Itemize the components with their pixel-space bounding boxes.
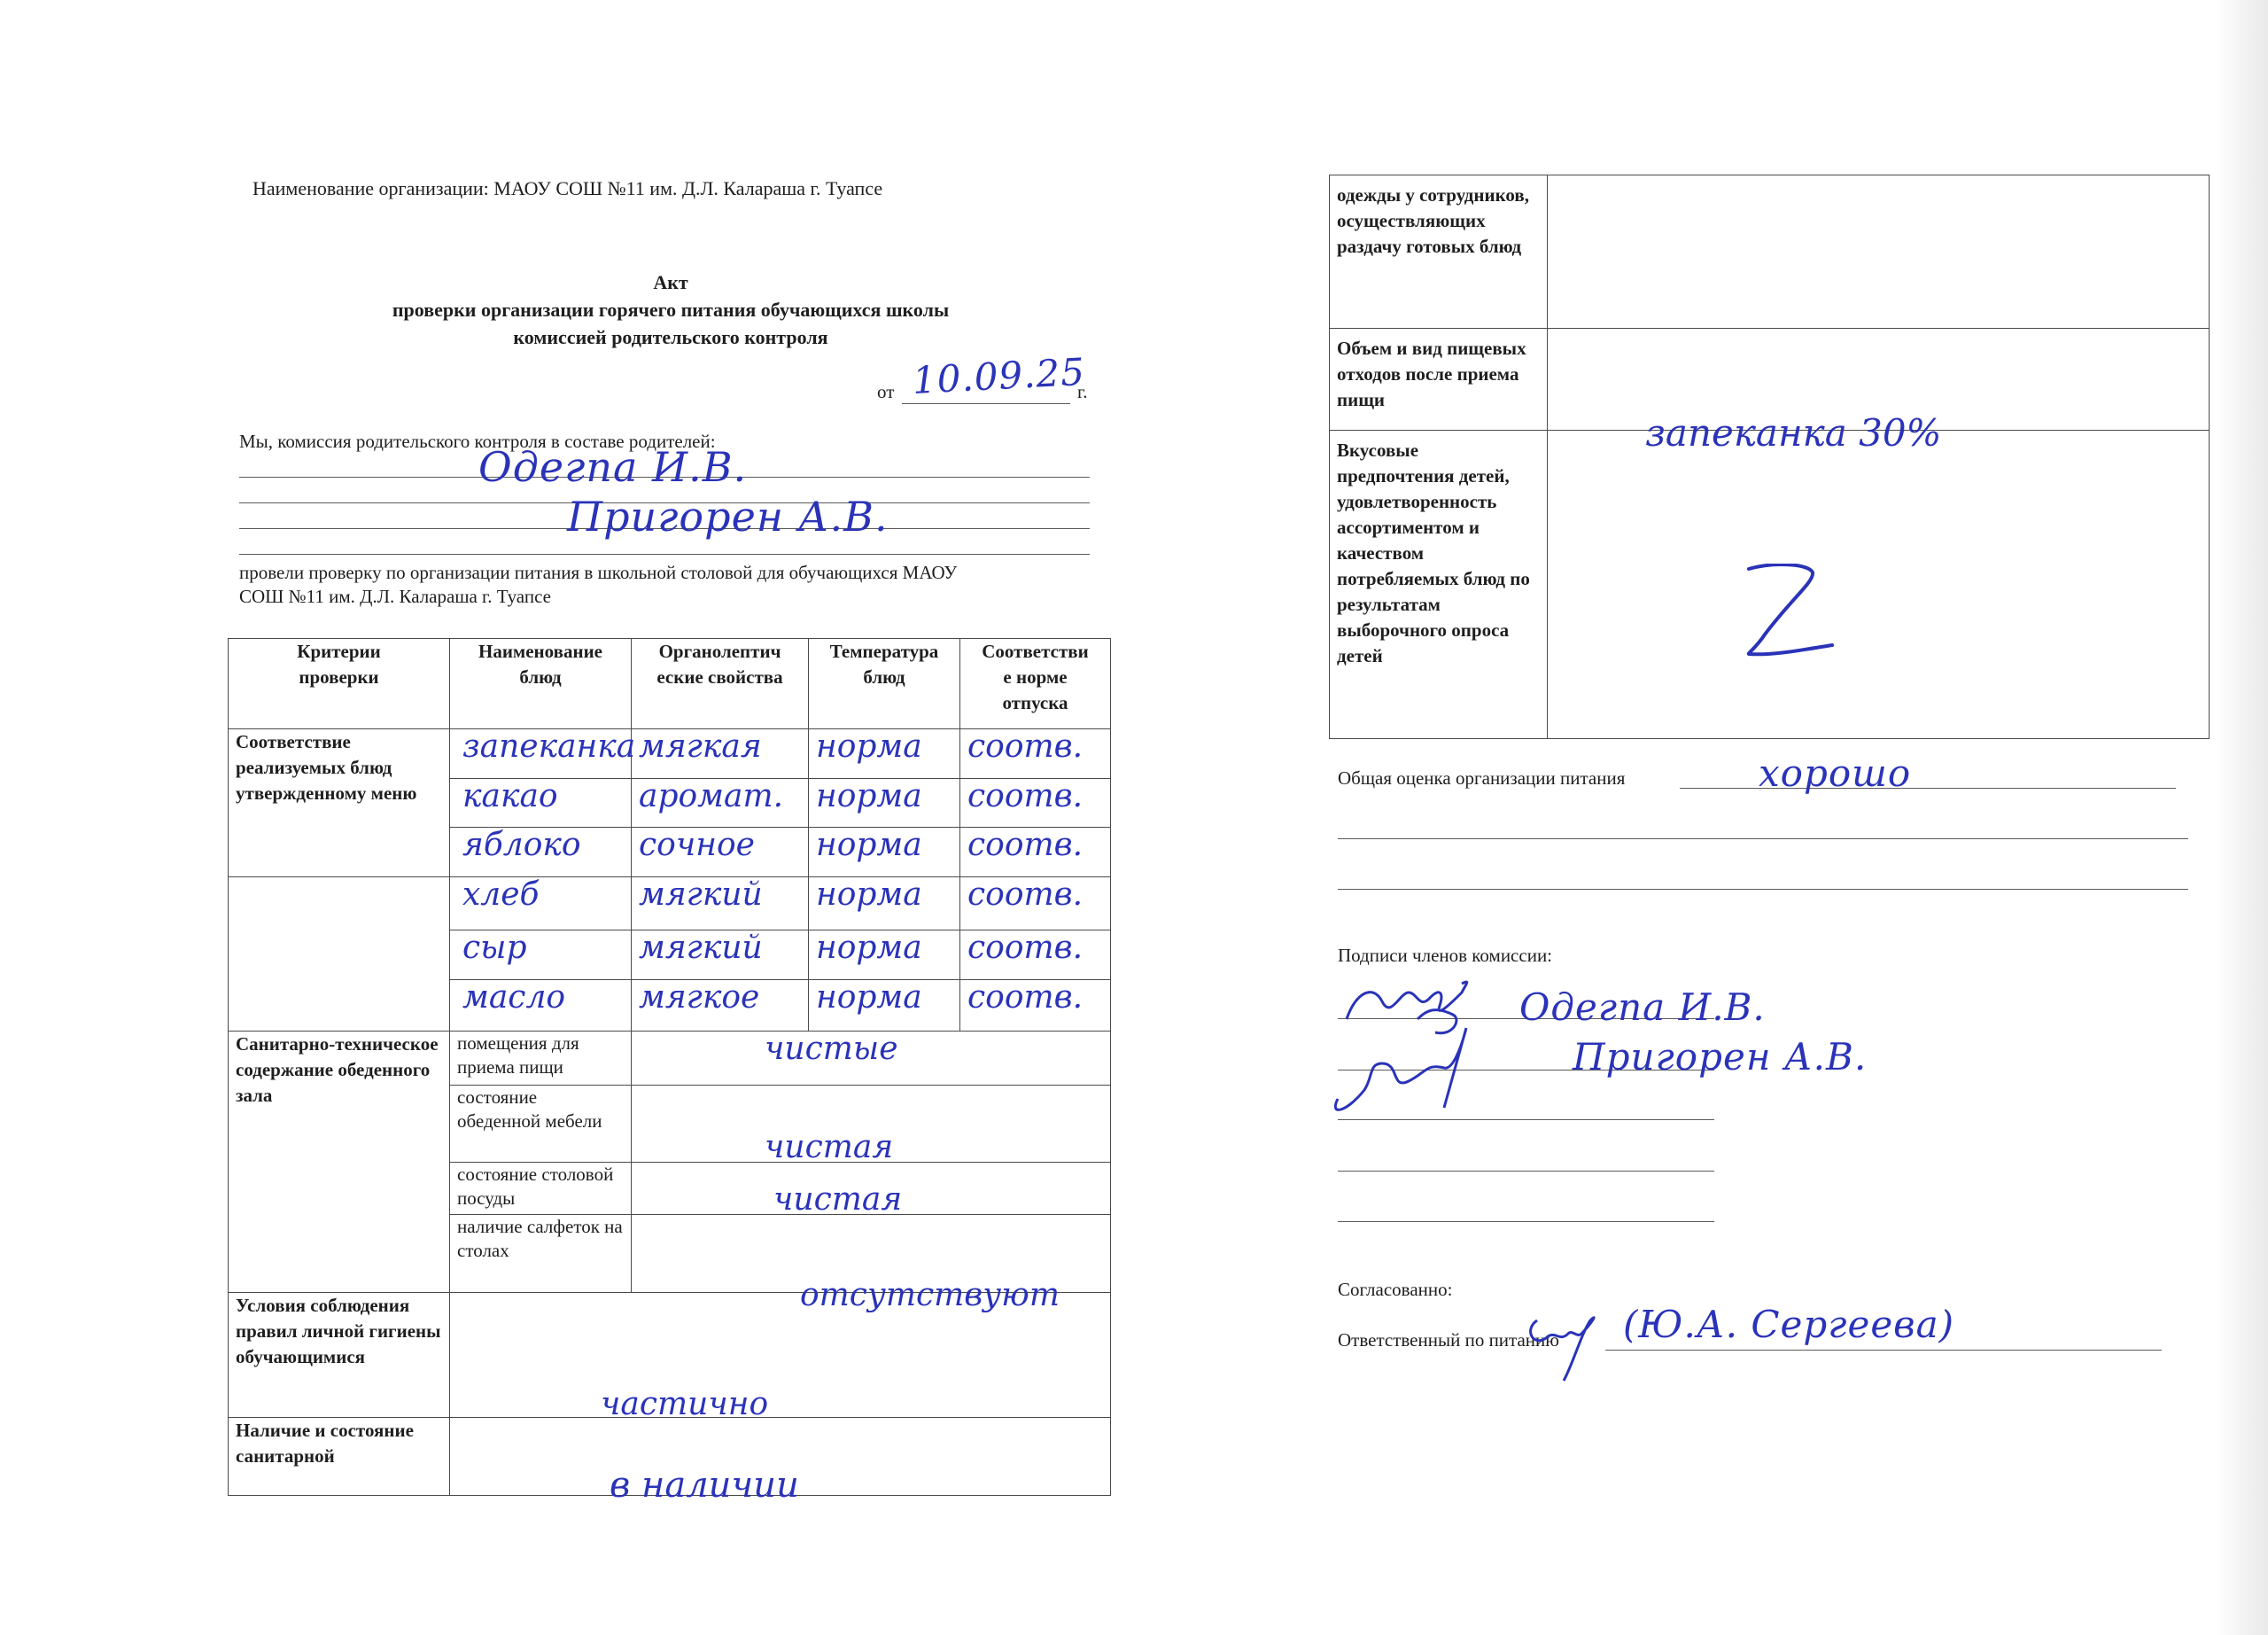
sanitary-item-label: наличие салфеток на столах: [450, 1215, 632, 1293]
menu-cell-compliance: соотв.: [960, 930, 1111, 980]
compliance-value[interactable]: соотв.: [967, 980, 1103, 1016]
signature-line-5: [1338, 1221, 1714, 1222]
menu-cell-compliance: соотв.: [960, 828, 1111, 877]
hygiene-value[interactable]: частично: [601, 1391, 768, 1417]
document-subtitle-2: комиссией родительского контроля: [228, 326, 1114, 348]
table-row-menu: Соответствие реализуемых блюд утвержденн…: [229, 729, 1111, 779]
compliance-value[interactable]: соотв.: [967, 779, 1103, 814]
sanitary-value[interactable]: чистая: [773, 1187, 902, 1212]
criterion-sanitary: Санитарно-техническое содержание обеденн…: [229, 1032, 450, 1293]
temperature-value[interactable]: норма: [816, 980, 952, 1016]
overall-line-2: [1338, 838, 2188, 839]
signature-scribble-1-icon[interactable]: [1320, 966, 1524, 1117]
menu-cell-temperature: норма: [809, 828, 960, 877]
dish-value[interactable]: запеканка: [457, 729, 624, 765]
header-temperature: Температураблюд: [809, 639, 960, 729]
temperature-value[interactable]: норма: [816, 729, 952, 765]
criterion-hygiene: Условия соблюдения правил личной гигиены…: [229, 1293, 450, 1418]
temperature-value[interactable]: норма: [816, 779, 952, 814]
signature-line-4: [1338, 1171, 1714, 1172]
responsible-underline: [1605, 1350, 2162, 1351]
signature-line-3: [1338, 1119, 1714, 1120]
menu-cell-organoleptic: мягкий: [632, 877, 809, 930]
criterion-taste-preferences: Вкусовые предпочтения детей, удовлетворе…: [1330, 431, 1548, 739]
compliance-value[interactable]: соотв.: [967, 930, 1103, 966]
menu-cell-dish: хлеб: [450, 877, 632, 930]
menu-cell-organoleptic: сочное: [632, 828, 809, 877]
dish-value[interactable]: хлеб: [457, 877, 624, 913]
header-compliance: Соответствие нормеотпуска: [960, 639, 1111, 729]
commission-member-1[interactable]: Одегпа И.В.: [478, 443, 747, 491]
menu-cell-organoleptic: аромат.: [632, 779, 809, 828]
organoleptic-value[interactable]: мягкая: [639, 729, 801, 765]
signature-name-2[interactable]: Пригорен А.В.: [1573, 1035, 1867, 1078]
z-mark-icon[interactable]: [1738, 564, 1836, 661]
scan-edge-shade: [2215, 0, 2268, 1635]
temperature-value[interactable]: норма: [816, 930, 952, 966]
table-header-row: Критериипроверки Наименованиеблюд Органо…: [229, 639, 1111, 729]
hygiene-value-cell: частично: [450, 1293, 1111, 1418]
sanitary-value-cell: чистая: [632, 1163, 1111, 1215]
menu-cell-dish: запеканка: [450, 729, 632, 779]
dish-value[interactable]: яблоко: [457, 828, 624, 863]
header-dish-name: Наименованиеблюд: [450, 639, 632, 729]
dish-value[interactable]: какао: [457, 779, 624, 814]
uniform-value[interactable]: в наличии: [610, 1473, 799, 1499]
menu-cell-temperature: норма: [809, 930, 960, 980]
overall-value[interactable]: хорошо: [1759, 751, 1911, 795]
inspection-text-1: провели проверку по организации питания …: [239, 562, 957, 584]
inspection-table: Критериипроверки Наименованиеблюд Органо…: [228, 638, 1111, 1496]
inspection-text-2: СОШ №11 им. Д.Л. Калараша г. Туапсе: [239, 586, 551, 608]
sanitary-value-cell: чистые: [632, 1032, 1111, 1086]
header-criteria: Критериипроверки: [229, 639, 450, 729]
sanitary-value[interactable]: чистая: [765, 1134, 893, 1160]
menu-cell-organoleptic: мягкий: [632, 930, 809, 980]
menu-cell-compliance: соотв.: [960, 980, 1111, 1032]
criterion-staff-clothing: одежды у сотрудников, осуществляющих раз…: [1330, 175, 1548, 329]
organoleptic-value[interactable]: мягкий: [639, 877, 801, 913]
uniform-value-cell: в наличии: [450, 1418, 1111, 1496]
sanitary-value-cell: чистая: [632, 1086, 1111, 1163]
header-organoleptic: Органолептические свойства: [632, 639, 809, 729]
menu-cell-dish: сыр: [450, 930, 632, 980]
right-inspection-table: одежды у сотрудников, осуществляющих раз…: [1329, 175, 2210, 739]
menu-cell-organoleptic: мягкое: [632, 980, 809, 1032]
compliance-value[interactable]: соотв.: [967, 877, 1103, 913]
organoleptic-value[interactable]: аромат.: [639, 779, 801, 814]
compliance-value[interactable]: соотв.: [967, 729, 1103, 765]
responsible-name[interactable]: (Ю.А. Сергеева): [1623, 1303, 1954, 1346]
organoleptic-value[interactable]: мягкий: [639, 930, 801, 966]
approved-label: Согласованно:: [1338, 1279, 1452, 1301]
table-row-menu: хлебмягкийнормасоотв.: [229, 877, 1111, 930]
menu-cell-temperature: норма: [809, 779, 960, 828]
criterion-uniform: Наличие и состояние санитарной: [229, 1418, 450, 1496]
signature-name-1[interactable]: Одегпа И.В.: [1519, 985, 1766, 1029]
sanitary-rows: Санитарно-техническое содержание обеденн…: [229, 1032, 1111, 1293]
compliance-value[interactable]: соотв.: [967, 828, 1103, 863]
temperature-value[interactable]: норма: [816, 828, 952, 863]
criterion-menu-continued: [229, 877, 450, 1032]
food-waste-value-cell: запеканка 30%: [1548, 329, 2210, 431]
table-row-staff-clothing: одежды у сотрудников, осуществляющих раз…: [1330, 175, 2210, 329]
criterion-menu: Соответствие реализуемых блюд утвержденн…: [229, 729, 450, 877]
table-row-taste-preferences: Вкусовые предпочтения детей, удовлетворе…: [1330, 431, 2210, 739]
menu-cell-compliance: соотв.: [960, 779, 1111, 828]
table-row-food-waste: Объем и вид пищевых отходов после приема…: [1330, 329, 2210, 431]
criterion-food-waste: Объем и вид пищевых отходов после приема…: [1330, 329, 1548, 431]
temperature-value[interactable]: норма: [816, 877, 952, 913]
date-value[interactable]: 10.09.25: [912, 350, 1086, 402]
menu-cell-organoleptic: мягкая: [632, 729, 809, 779]
date-prefix: от: [877, 381, 894, 403]
menu-cell-compliance: соотв.: [960, 877, 1111, 930]
sanitary-item-label: помещения для приема пищи: [450, 1032, 632, 1086]
date-underline: [902, 403, 1070, 404]
sanitary-value[interactable]: чистые: [765, 1036, 898, 1062]
table-row-uniform: Наличие и состояние санитарной в наличии: [229, 1418, 1111, 1496]
overall-underline: [1680, 788, 2176, 789]
date-suffix: г.: [1077, 381, 1088, 403]
overall-label: Общая оценка организации питания: [1338, 767, 1625, 790]
document-title: Акт: [228, 271, 1114, 293]
dish-value[interactable]: сыр: [457, 930, 624, 966]
sanitary-item-label: состояние обеденной мебели: [450, 1086, 632, 1163]
commission-member-2[interactable]: Пригорен А.В.: [567, 493, 889, 541]
document-subtitle-1: проверки организации горячего питания об…: [228, 299, 1114, 321]
menu-rows: Соответствие реализуемых блюд утвержденн…: [229, 729, 1111, 1032]
dish-value[interactable]: масло: [457, 980, 624, 1016]
menu-cell-temperature: норма: [809, 729, 960, 779]
responsible-signature-icon[interactable]: [1519, 1294, 1617, 1382]
member-line-4: [239, 554, 1090, 555]
sanitary-value-cell: отсутствуют: [632, 1215, 1111, 1293]
sanitary-item-label: состояние столовой посуды: [450, 1163, 632, 1215]
overall-line-3: [1338, 889, 2188, 890]
organoleptic-value[interactable]: сочное: [639, 828, 801, 863]
menu-cell-compliance: соотв.: [960, 729, 1111, 779]
menu-cell-dish: масло: [450, 980, 632, 1032]
menu-cell-temperature: норма: [809, 877, 960, 930]
organoleptic-value[interactable]: мягкое: [639, 980, 801, 1016]
menu-cell-temperature: норма: [809, 980, 960, 1032]
organization-line: Наименование организации: МАОУ СОШ №11 и…: [252, 177, 882, 199]
table-row-sanitary: Санитарно-техническое содержание обеденн…: [229, 1032, 1111, 1086]
menu-cell-dish: яблоко: [450, 828, 632, 877]
menu-cell-dish: какао: [450, 779, 632, 828]
table-row-hygiene: Условия соблюдения правил личной гигиены…: [229, 1293, 1111, 1418]
staff-clothing-value[interactable]: [1548, 175, 2210, 329]
signatures-label: Подписи членов комиссии:: [1338, 945, 1552, 967]
taste-preferences-value-cell: Z: [1548, 431, 2210, 739]
